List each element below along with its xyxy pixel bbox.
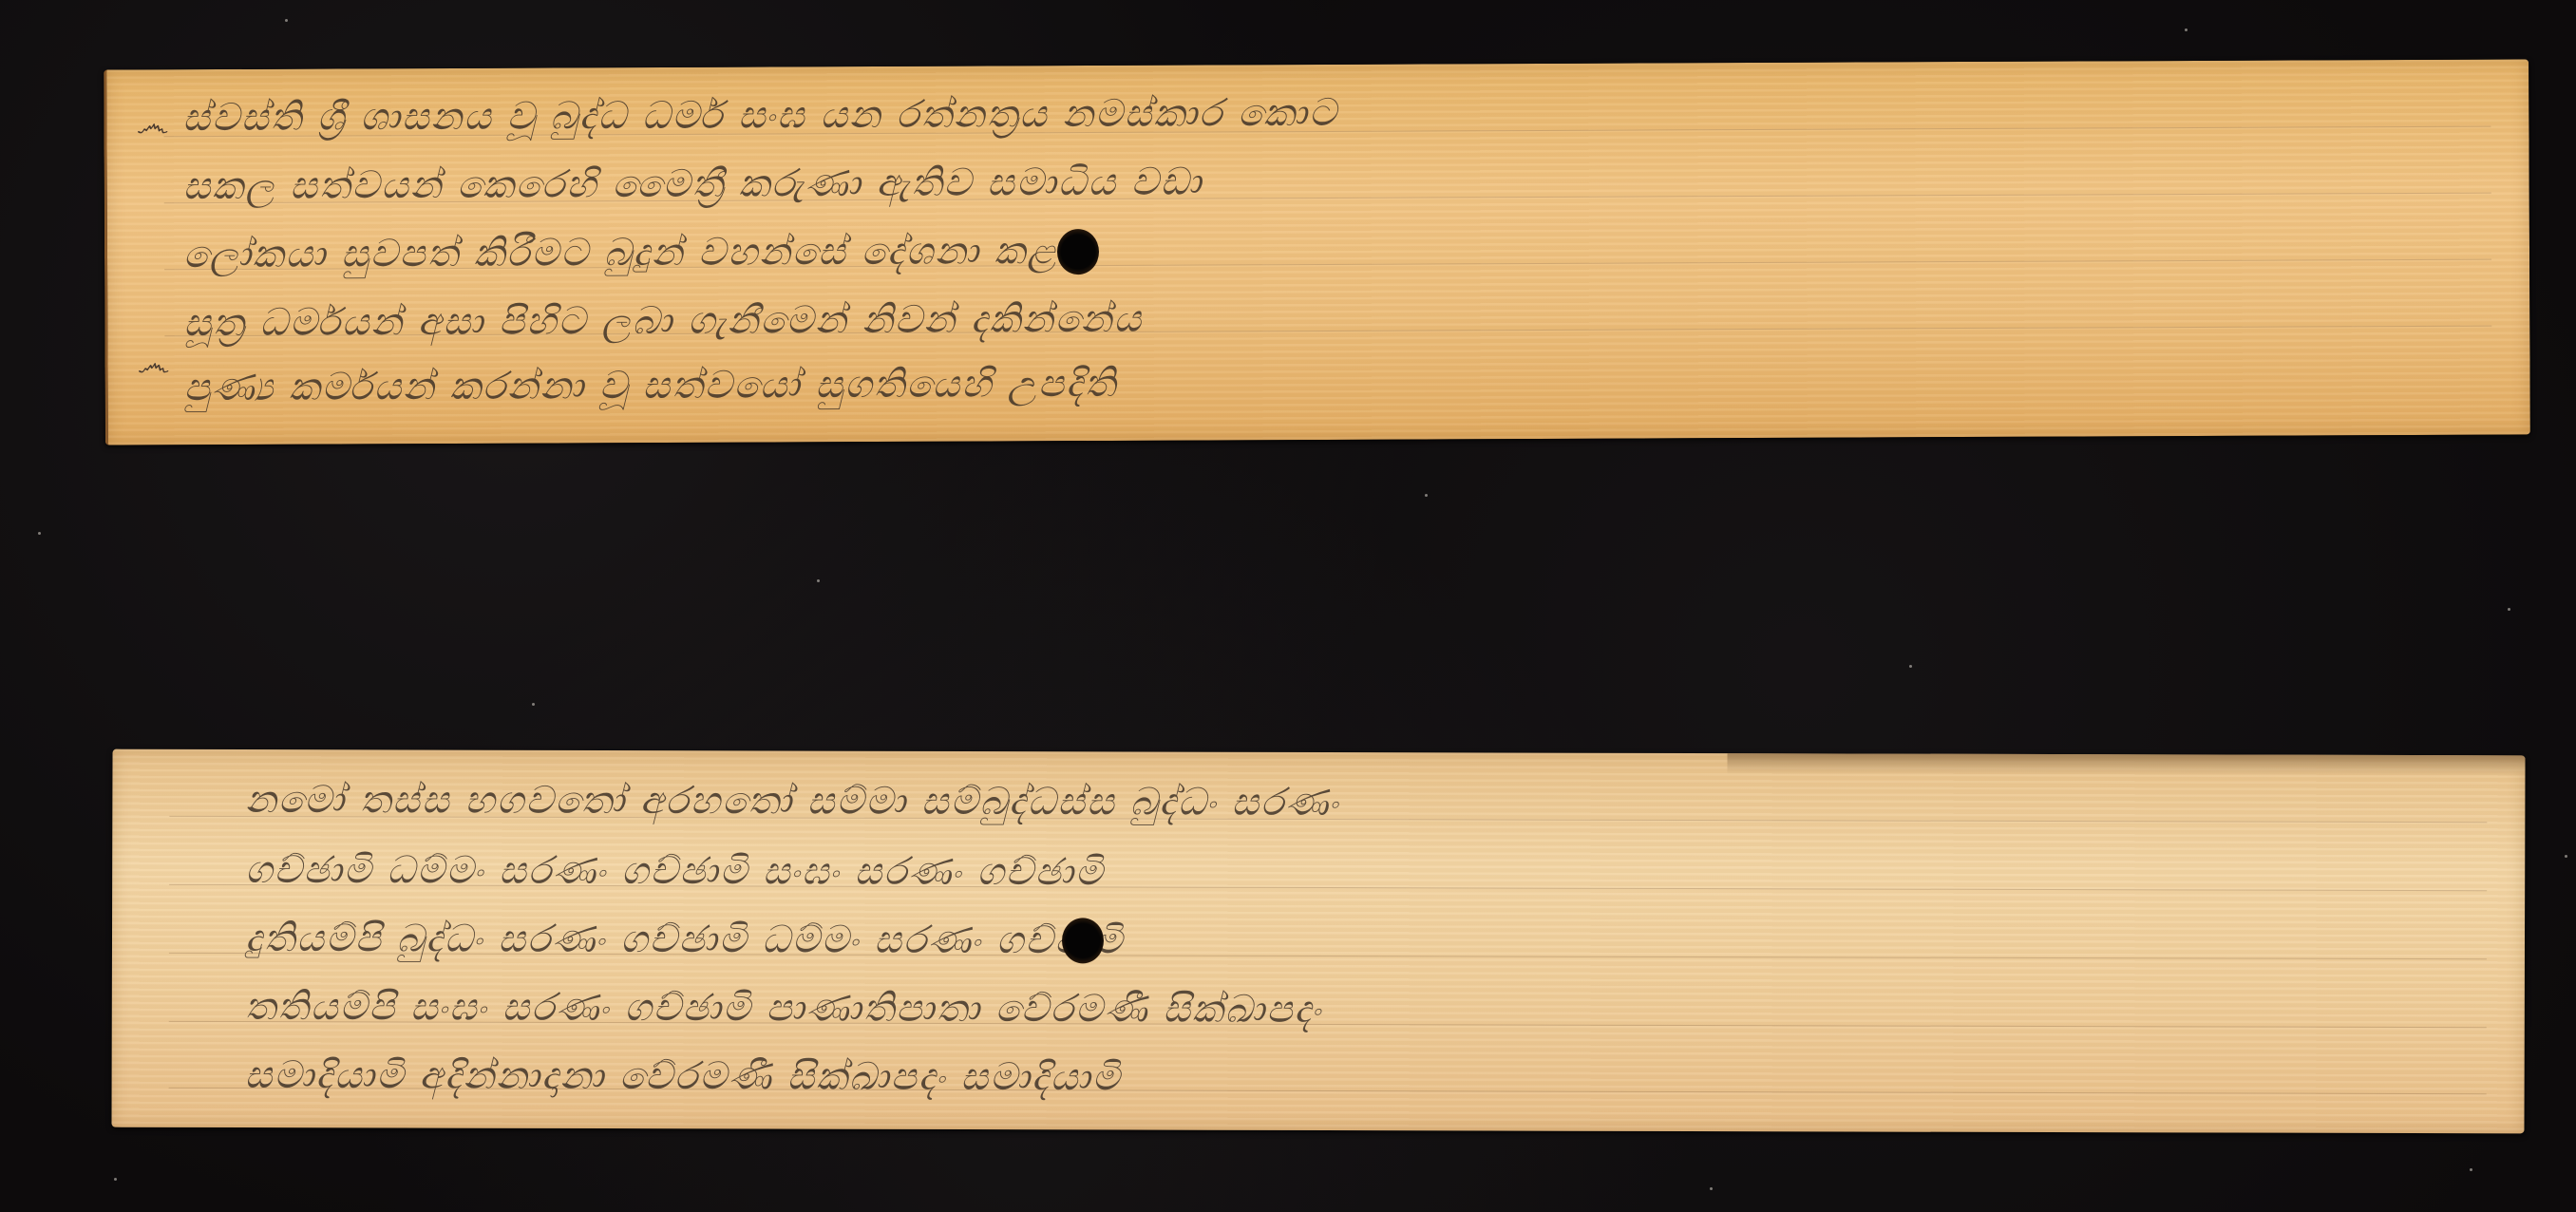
manuscript-line: තතියම්පි සංඝං සරණං ගච්ඡාමි පාණාතිපාතා වේ… [112,985,2525,1035]
manuscript-line: සමාදියාමි අදින්නාදානා වේරමණී සික්ඛාපදං ස… [112,1053,2525,1104]
manuscript-line: දුතියම්පි බුද්ධං සරණං ගච්ඡාමි ධම්මං සරණං… [112,917,2525,967]
palm-leaf-folio-1: ෴ ෴ ස්වස්ති ශ්‍රී ශාසනය වූ බුද්ධ ධර්ම සං… [104,59,2530,445]
manuscript-line: ලෝකයා සුවපත් කිරීමට බුදුන් වහන්සේ දේශනා … [107,222,2529,276]
manuscript-line: පුණ්‍ය කර්මයන් කරන්නා වූ සත්වයෝ සුගතියෙහ… [108,355,2530,409]
leaf-edge-damage [1727,753,2525,776]
manuscript-line: සූත්‍ර ධර්මයන් අසා පිහිට ලබා ගැනීමෙන් නි… [107,291,2529,345]
manuscript-line: නමෝ තස්ස භගවතෝ අරහතෝ සම්මා සම්බුද්ධස්ස බ… [112,778,2525,828]
manuscript-line: ගච්ඡාමි ධම්මං සරණං ගච්ඡාමි සංඝං සරණං ගච්… [112,848,2525,899]
string-hole [1062,918,1104,963]
palm-leaf-folio-2: නමෝ තස්ස භගවතෝ අරහතෝ සම්මා සම්බුද්ධස්ස බ… [111,749,2525,1134]
manuscript-line: සකල සත්වයන් කෙරෙහි මෛත්‍රී කරුණා ඇතිව සම… [107,154,2529,208]
manuscript-line: ස්වස්ති ශ්‍රී ශාසනය වූ බුද්ධ ධර්ම සංඝ යන… [106,85,2529,140]
string-hole [1057,229,1099,275]
